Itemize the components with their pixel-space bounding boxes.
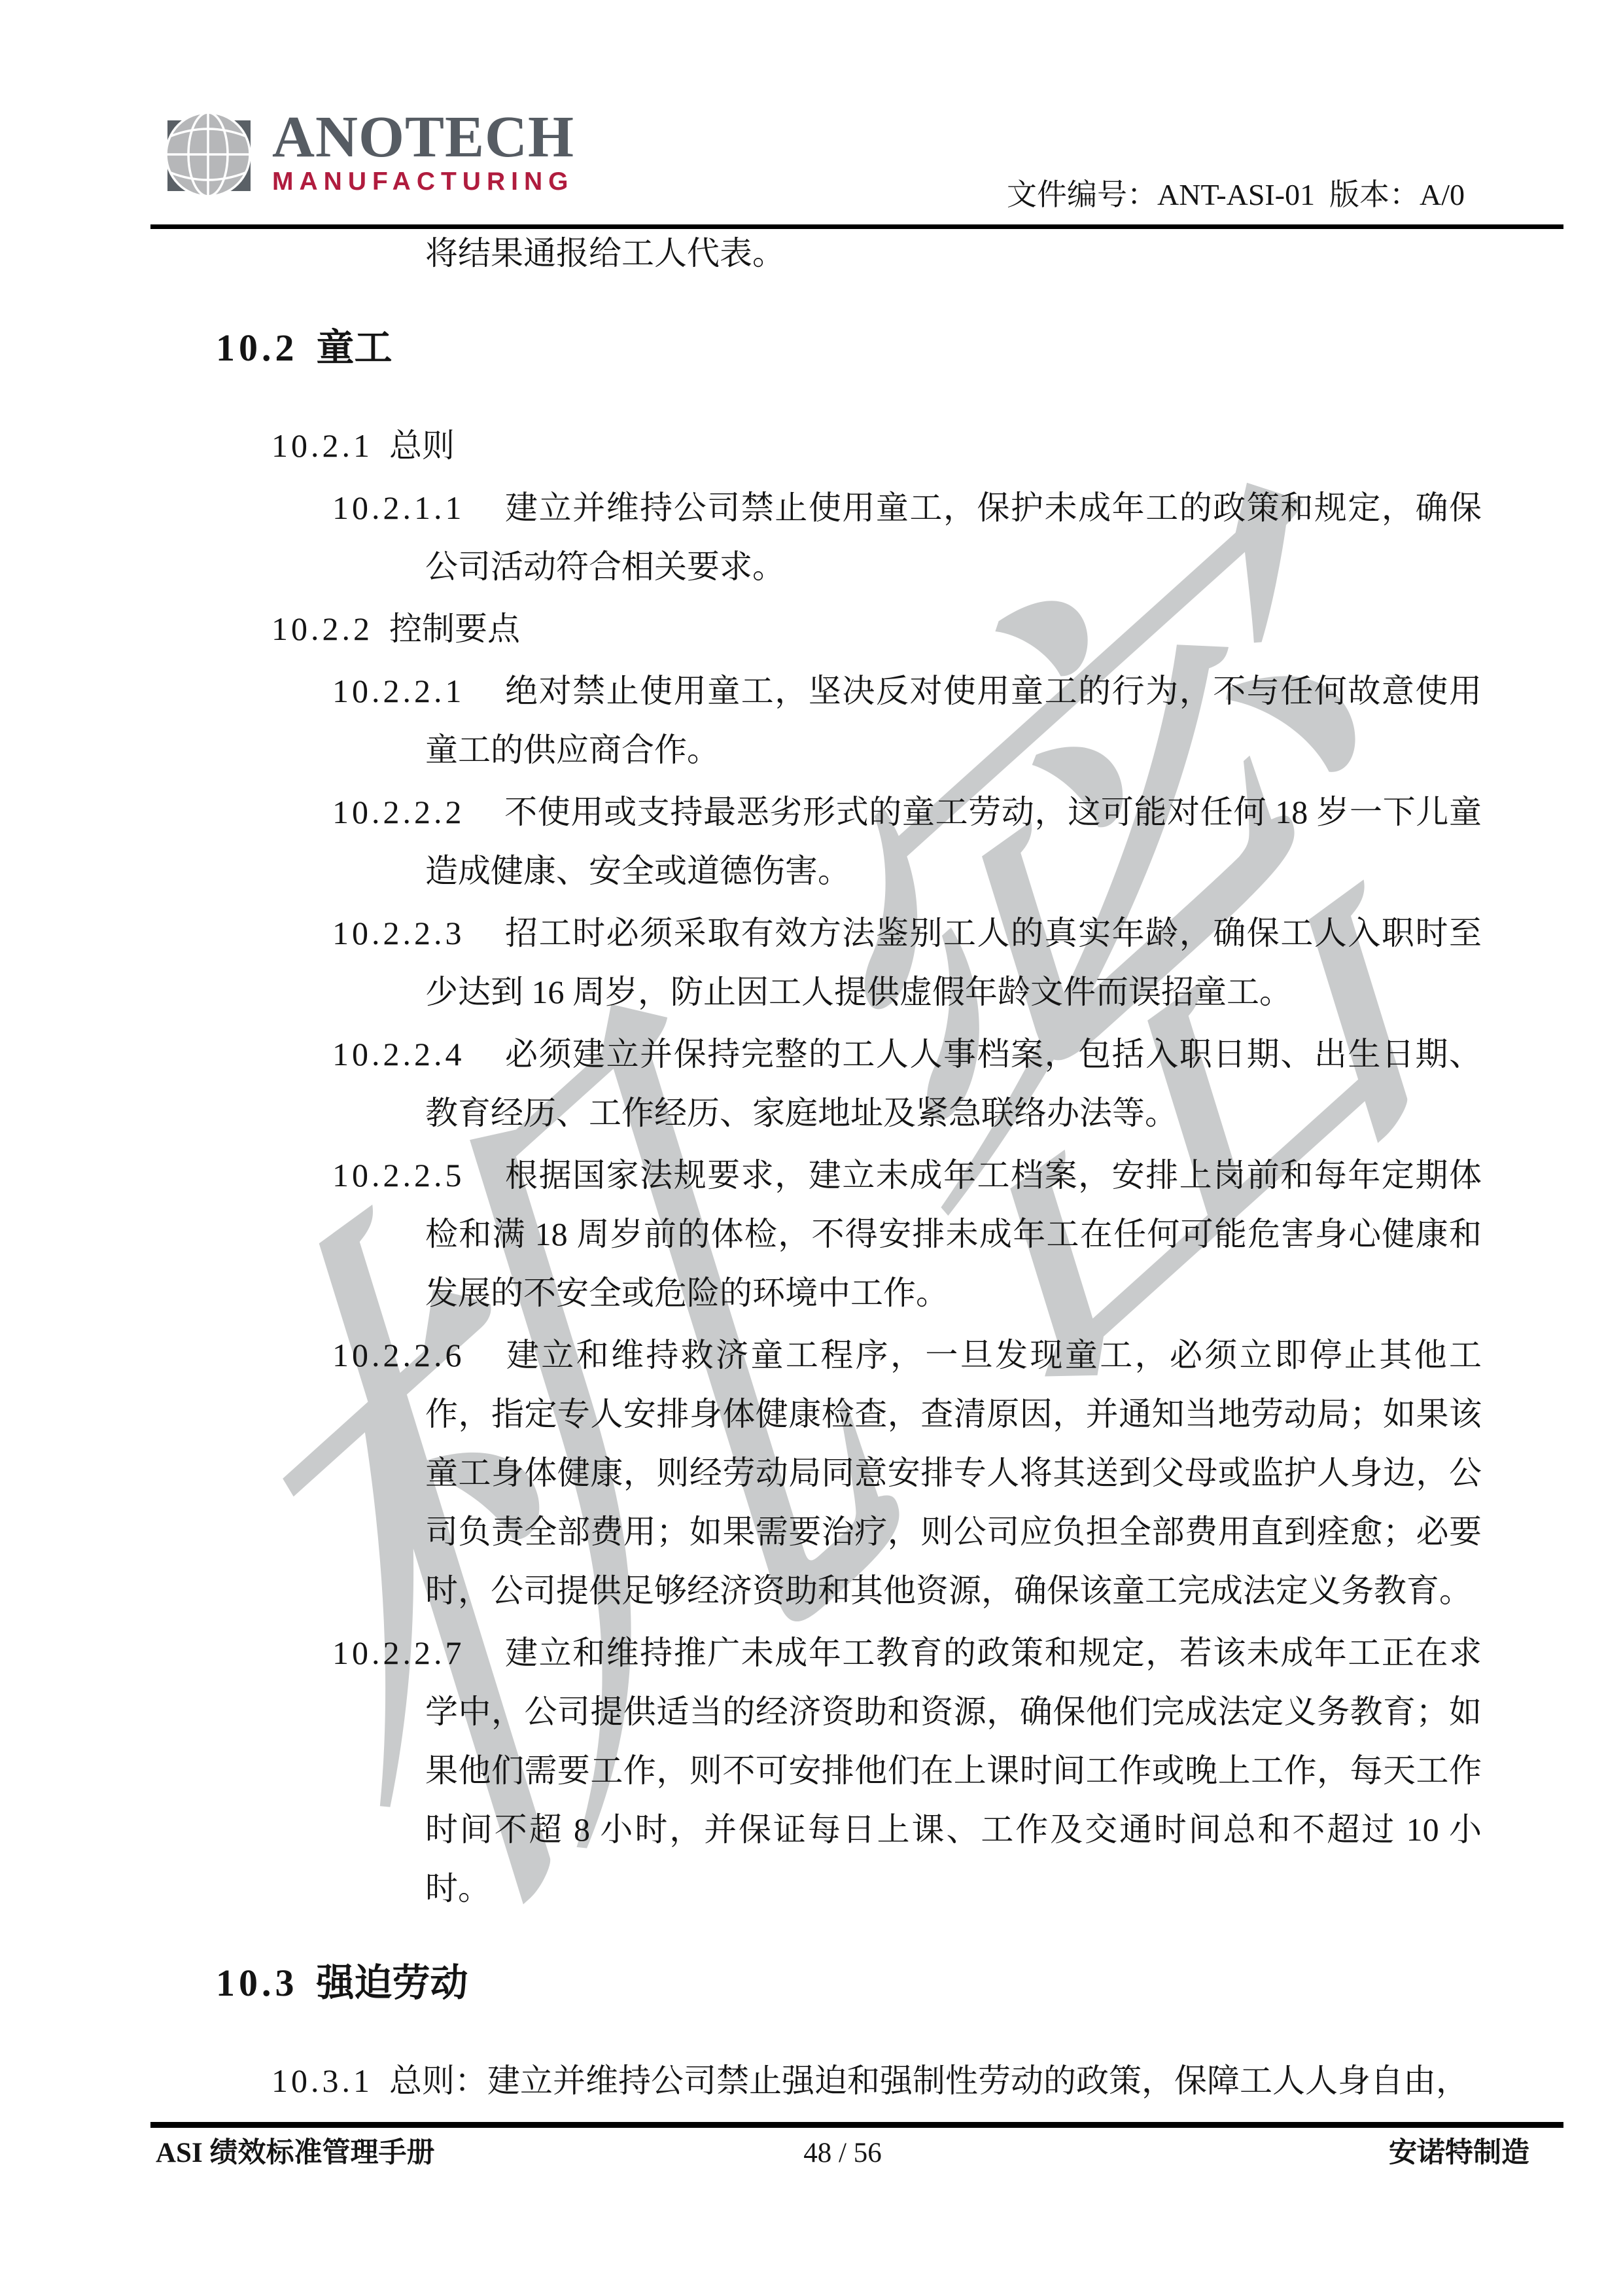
globe-icon [162,110,260,202]
clause-10-2-2-2: 10.2.2.2不使用或支持最恶劣形式的童工劳动，这可能对任何 18 岁一下儿童… [0,783,1623,900]
header-divider [150,224,1563,229]
doc-version-value: A/0 [1420,178,1465,211]
clause-number: 10.2.2.5 [332,1157,465,1193]
footer-manual-title: ASI 绩效标准管理手册 [156,2134,434,2172]
footer-page-number: 48 / 56 [803,2134,881,2172]
subsection-title: 总则：建立并维持公司禁止强迫和强制性劳动的政策，保障工人人身自由， [389,2062,1469,2099]
section-title: 强迫劳动 [317,1962,468,2004]
subsection-number: 10.2.1 [271,427,373,464]
subsection-10-2-2: 10.2.2控制要点 [0,599,1623,658]
footer-company-name: 安诺特制造 [1389,2134,1529,2172]
subsection-10-3-1: 10.3.1总则：建立并维持公司禁止强迫和强制性劳动的政策，保障工人人身自由， [0,2051,1623,2110]
clause-10-2-2-6: 10.2.2.6建立和维持救济童工程序，一旦发现童工，必须立即停止其他工作，指定… [0,1326,1623,1620]
document-body: 将结果通报给工人代表。 10.2童工 10.2.1总则 10.2.1.1建立并维… [0,224,1623,2110]
section-number: 10.3 [216,1962,298,2004]
clause-number: 10.2.1.1 [332,489,465,526]
doc-number: 文件编号：ANT-ASI-01 [1007,178,1315,212]
doc-number-value: ANT-ASI-01 [1157,178,1315,211]
section-title: 童工 [317,327,393,369]
doc-version-label: 版本： [1329,178,1420,211]
clause-number: 10.2.2.1 [332,673,465,709]
clause-number: 10.2.2.4 [332,1036,465,1072]
footer-divider [150,2122,1563,2128]
clause-text: 招工时必须采取有效方法鉴别工人的真实年龄，确保工人入职时至少达到 16 周岁，防… [425,915,1482,1010]
clause-10-2-2-3: 10.2.2.3招工时必须采取有效方法鉴别工人的真实年龄，确保工人入职时至少达到… [0,904,1623,1021]
section-heading-10-2: 10.2童工 [0,318,1623,378]
clause-10-2-2-1: 10.2.2.1绝对禁止使用童工，坚决反对使用童工的行为，不与任何故意使用童工的… [0,662,1623,779]
clause-10-2-2-5: 10.2.2.5根据国家法规要求，建立未成年工档案，安排上岗前和每年定期体检和满… [0,1146,1623,1322]
logo-company-subtitle: MANUFACTURING [272,169,574,195]
clause-number: 10.2.2.3 [332,915,465,951]
clause-number: 10.2.2.7 [332,1634,465,1671]
subsection-10-2-1: 10.2.1总则 [0,416,1623,475]
clause-10-2-2-4: 10.2.2.4必须建立并保持完整的工人人事档案，包括入职日期、出生日期、教育经… [0,1025,1623,1142]
subsection-number: 10.3.1 [271,2062,373,2099]
page-footer: ASI 绩效标准管理手册 48 / 56 安诺特制造 [156,2134,1529,2172]
subsection-title: 控制要点 [389,610,520,647]
doc-number-label: 文件编号： [1007,178,1157,211]
clause-text: 建立和维持救济童工程序，一旦发现童工，必须立即停止其他工作，指定专人安排身体健康… [425,1337,1482,1609]
clause-number: 10.2.2.6 [332,1337,465,1373]
document-meta: 文件编号：ANT-ASI-01 版本：A/0 [1007,178,1465,212]
carryover-line: 将结果通报给工人代表。 [0,224,1623,283]
logo-text: ANOTECH MANUFACTURING [272,110,574,195]
clause-text: 建立并维持公司禁止使用童工，保护未成年工的政策和规定，确保公司活动符合相关要求。 [425,489,1482,585]
clause-text: 必须建立并保持完整的工人人事档案，包括入职日期、出生日期、教育经历、工作经历、家… [425,1036,1482,1131]
doc-version: 版本：A/0 [1329,178,1465,212]
company-logo: ANOTECH MANUFACTURING [162,110,574,202]
clause-text: 不使用或支持最恶劣形式的童工劳动，这可能对任何 18 岁一下儿童造成健康、安全或… [425,794,1482,889]
clause-10-2-2-7: 10.2.2.7建立和维持推广未成年工教育的政策和规定，若该未成年工正在求学中，… [0,1623,1623,1918]
clause-text: 根据国家法规要求，建立未成年工档案，安排上岗前和每年定期体检和满 18 周岁前的… [425,1157,1482,1311]
section-heading-10-3: 10.3强迫劳动 [0,1953,1623,2013]
section-number: 10.2 [216,327,298,369]
clause-10-2-1-1: 10.2.1.1建立并维持公司禁止使用童工，保护未成年工的政策和规定，确保公司活… [0,478,1623,596]
clause-text: 绝对禁止使用童工，坚决反对使用童工的行为，不与任何故意使用童工的供应商合作。 [425,673,1482,768]
logo-company-name: ANOTECH [272,110,574,165]
document-page: 机密 ANOTECH MANUFACTURING [0,0,1623,2296]
clause-number: 10.2.2.2 [332,794,465,830]
clause-text: 建立和维持推广未成年工教育的政策和规定，若该未成年工正在求学中，公司提供适当的经… [425,1634,1482,1907]
subsection-number: 10.2.2 [271,610,373,647]
subsection-title: 总则 [389,427,455,464]
